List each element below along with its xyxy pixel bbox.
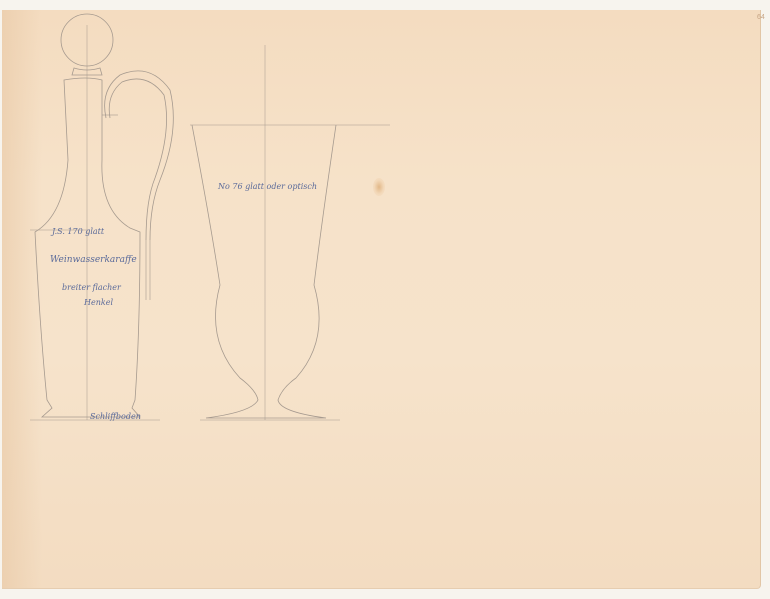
decanter-name-label: Weinwasserkaraffe — [50, 255, 137, 265]
decanter-handle-label-1: breiter flacher — [62, 283, 121, 292]
decanter-base-label: Schliffboden — [90, 412, 141, 421]
decanter-model-label: J.S. 170 glatt — [52, 227, 104, 236]
glass-outline — [192, 125, 336, 418]
decanter-handle-inner — [109, 79, 166, 240]
glass-model-label: No 76 glatt oder optisch — [218, 182, 317, 191]
pencil-drawing — [0, 0, 770, 599]
decanter-body — [35, 78, 140, 417]
decanter-handle-label-2: Henkel — [84, 298, 113, 307]
